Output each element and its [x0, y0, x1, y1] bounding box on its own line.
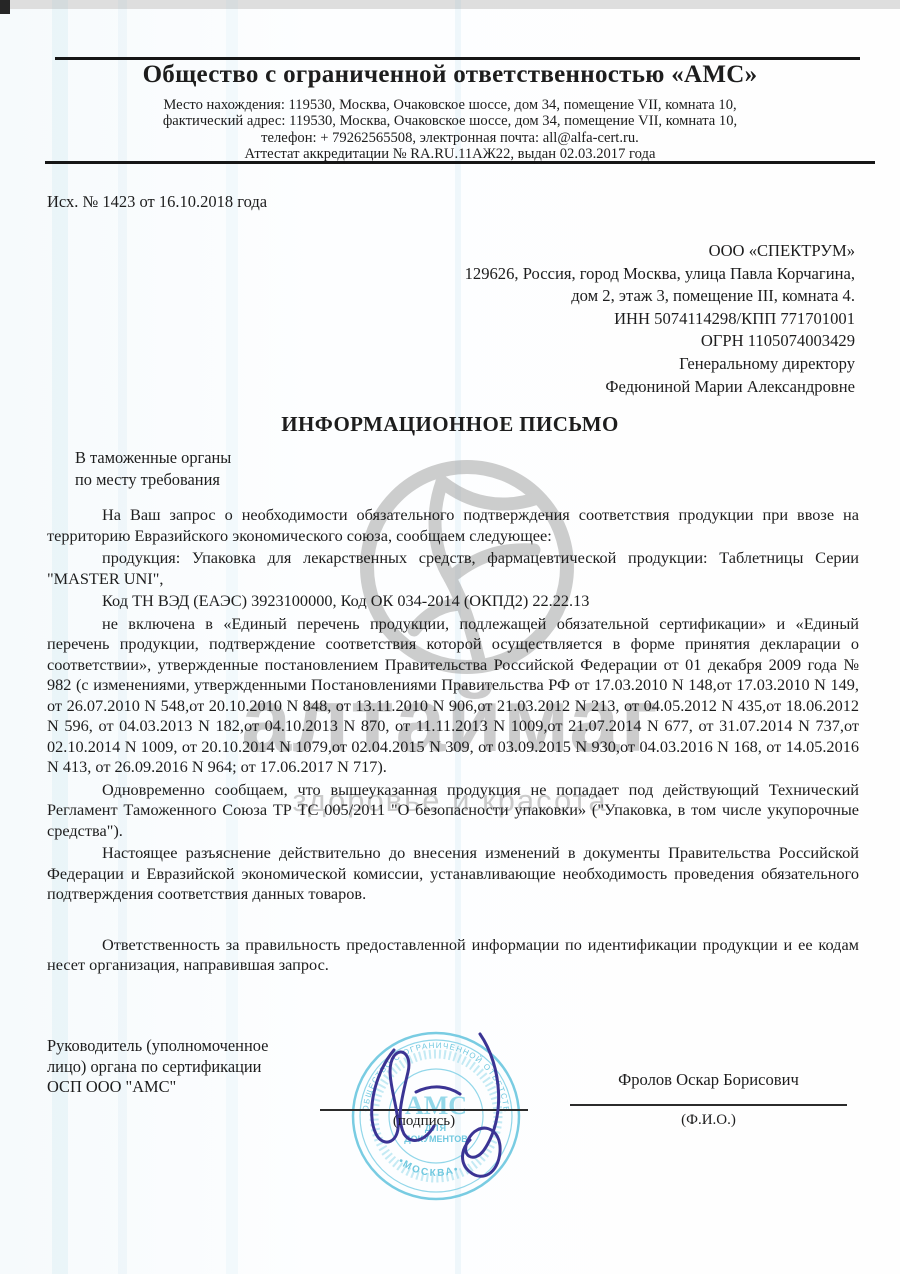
letterhead-company-title: Общество с ограниченной ответственностью… — [0, 61, 900, 89]
letterhead-bottom-rule — [45, 161, 875, 164]
recipient-line: дом 2, этаж 3, помещение III, комната 4. — [295, 285, 855, 308]
signatory-role-line: Руководитель (уполномоченное — [47, 1036, 337, 1057]
letterhead-line: Место нахождения: 119530, Москва, Очаков… — [0, 97, 900, 113]
signatory-name: Фролов Оскар Борисович — [570, 1070, 847, 1090]
signatory-role-line: ОСП ООО "АМС" — [47, 1077, 337, 1098]
recipient-line: ООО «СПЕКТРУМ» — [295, 240, 855, 263]
addressee-block: В таможенные органы по месту требования — [75, 447, 231, 491]
document-title: ИНФОРМАЦИОННОЕ ПИСЬМО — [0, 412, 900, 437]
paragraph: не включена в «Единый перечень продукции… — [47, 614, 859, 778]
name-line — [570, 1104, 847, 1106]
recipient-line: Федюниной Марии Александровне — [295, 376, 855, 399]
signature-caption: (подпись) — [320, 1113, 528, 1130]
recipient-line: ОГРН 1105074003429 — [295, 330, 855, 353]
letterhead-details: Место нахождения: 119530, Москва, Очаков… — [0, 97, 900, 163]
addressee-line: по месту требования — [75, 469, 231, 491]
letterhead-top-rule — [55, 57, 860, 60]
paragraph: продукция: Упаковка для лекарственных ср… — [47, 548, 859, 589]
recipient-block: ООО «СПЕКТРУМ» 129626, Россия, город Мос… — [295, 240, 855, 398]
name-caption: (Ф.И.О.) — [570, 1112, 847, 1129]
recipient-line: 129626, Россия, город Москва, улица Павл… — [295, 263, 855, 286]
letterhead-line: фактический адрес: 119530, Москва, Очако… — [0, 113, 900, 129]
document-page: алтаймаг здоровье и красота Общество с о… — [0, 0, 900, 1274]
paragraph: Одновременно сообщаем, что вышеуказанная… — [47, 780, 859, 842]
signatory-role-block: Руководитель (уполномоченное лицо) орган… — [47, 1036, 337, 1098]
paragraph: Ответственность за правильность предоста… — [47, 935, 859, 976]
paragraph: На Ваш запрос о необходимости обязательн… — [47, 505, 859, 546]
paragraph: Код ТН ВЭД (ЕАЭС) 3923100000, Код ОК 034… — [47, 591, 859, 612]
paragraph: Настоящее разъяснение действительно до в… — [47, 843, 859, 905]
addressee-line: В таможенные органы — [75, 447, 231, 469]
scan-corner-mark — [0, 0, 10, 14]
recipient-line: Генеральному директору — [295, 353, 855, 376]
handwritten-signature — [352, 1022, 542, 1197]
recipient-line: ИНН 5074114298/КПП 771701001 — [295, 308, 855, 331]
scan-top-band — [0, 0, 900, 9]
letterhead-line: телефон: + 79262565508, электронная почт… — [0, 130, 900, 146]
letter-body: На Ваш запрос о необходимости обязательн… — [47, 505, 859, 978]
outgoing-number: Исх. № 1423 от 16.10.2018 года — [47, 192, 267, 212]
signatory-role-line: лицо) органа по сертификации — [47, 1057, 337, 1078]
